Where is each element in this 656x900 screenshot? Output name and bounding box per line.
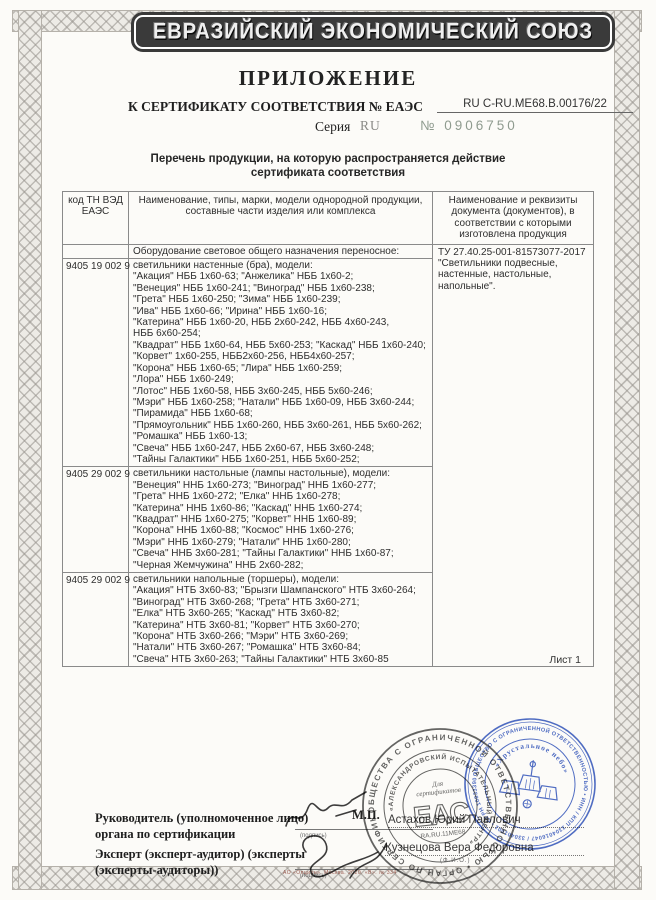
series-value: RU <box>360 118 381 134</box>
tnved-code: 9405 29 002 9 <box>63 573 129 667</box>
tnved-code: 9405 29 002 9 <box>63 467 129 573</box>
handwritten-signatures <box>278 786 458 896</box>
sheet-label: Лист 1 <box>62 654 593 666</box>
product-table-body: код ТН ВЭД ЕАЭС Наименование, типы, марк… <box>63 192 594 667</box>
border-pattern-left <box>18 10 42 890</box>
certificate-page: ЕВРАЗИЙСКИЙ ЭКОНОМИЧЕСКИЙ СОЮЗ ПРИЛОЖЕНИ… <box>0 0 656 900</box>
header-tnved-code: код ТН ВЭД ЕАЭС <box>63 192 129 245</box>
product-list-heading: Перечень продукции, на которую распростр… <box>40 152 616 180</box>
eaeu-banner: ЕВРАЗИЙСКИЙ ЭКОНОМИЧЕСКИЙ СОЮЗ <box>134 15 612 49</box>
page-title: ПРИЛОЖЕНИЕ <box>40 66 616 91</box>
product-models: светильники настенные (бра), модели:"Ака… <box>129 259 433 467</box>
doc-line: "Светильники подвесные, <box>438 258 588 269</box>
equipment-category: Оборудование световое общего назначения … <box>129 244 433 258</box>
product-list-heading-line2: сертификата соответствия <box>40 166 616 180</box>
chandelier-icon <box>498 756 562 812</box>
doc-line: ТУ 27.40.25-001-81573077-2017 <box>438 247 588 258</box>
doc-line: настенные, настольные, <box>438 269 588 280</box>
product-models: светильники напольные (торшеры), модели:… <box>129 573 433 667</box>
head-signature <box>286 792 366 826</box>
blank-number: № 0906750 <box>420 118 518 133</box>
product-table: код ТН ВЭД ЕАЭС Наименование, типы, марк… <box>62 191 594 667</box>
manufacturer-stamp-icon: ОБЩЕСТВО С ОГРАНИЧЕННОЙ ОТВЕТСТВЕННОСТЬЮ… <box>451 705 609 863</box>
doc-line: напольные". <box>438 281 588 292</box>
eaeu-banner-text: ЕВРАЗИЙСКИЙ ЭКОНОМИЧЕСКИЙ СОЮЗ <box>153 19 593 45</box>
tnved-code: 9405 19 002 9 <box>63 259 129 467</box>
product-models: светильники настольные (лампы настольные… <box>129 467 433 573</box>
expert-signature <box>303 836 378 877</box>
certificate-subtitle: К СЕРТИФИКАТУ СООТВЕТСТВИЯ № ЕАЭС <box>128 99 423 115</box>
product-list-heading-line1: Перечень продукции, на которую распростр… <box>40 152 616 166</box>
header-product-name: Наименование, типы, марки, модели одноро… <box>129 192 433 245</box>
table-intro-row: Оборудование световое общего назначения … <box>63 244 594 258</box>
series-label: Серия <box>315 119 350 135</box>
empty-code-cell <box>63 244 129 258</box>
header-document: Наименование и реквизиты документа (доку… <box>433 192 594 245</box>
border-pattern-right <box>614 10 640 890</box>
table-header-row: код ТН ВЭД ЕАЭС Наименование, типы, марк… <box>63 192 594 245</box>
manufacturing-document-cell: ТУ 27.40.25-001-81573077-2017 "Светильни… <box>433 244 594 667</box>
certificate-number: RU C-RU.ME68.B.00176/22 <box>437 98 633 113</box>
